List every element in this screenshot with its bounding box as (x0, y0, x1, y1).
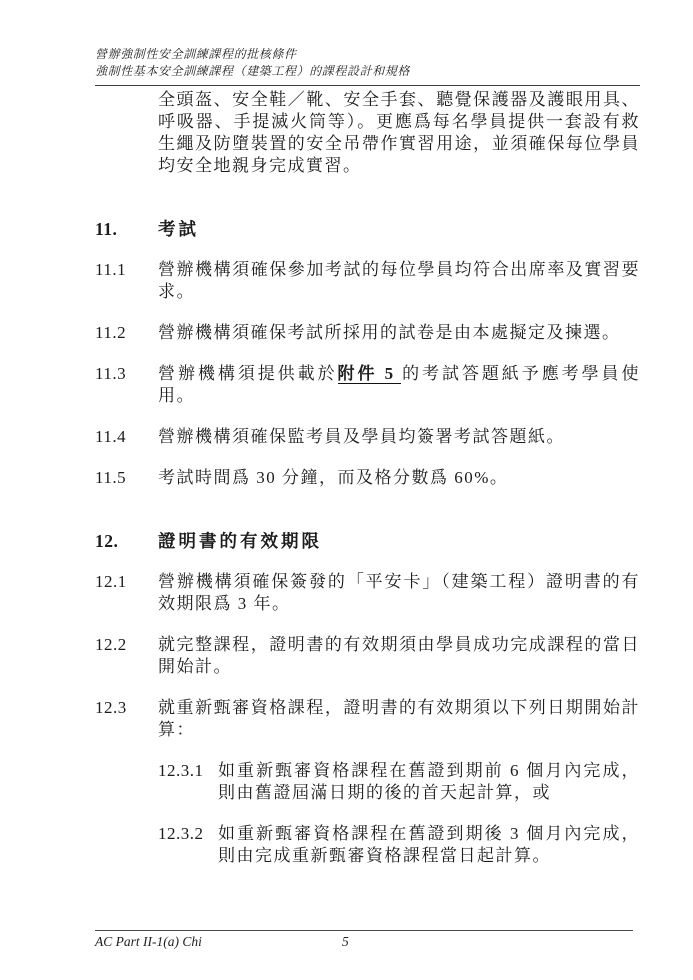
attachment-5-reference: 附件 5 (338, 364, 401, 384)
clause-11-1: 11.1 營辦機構須確保參加考試的每位學員均符合出席率及實習要求。 (95, 259, 640, 303)
header-line-1: 營辦強制性安全訓練課程的批核條件 (95, 46, 640, 63)
clause-12-3: 12.3 就重新甄審資格課程，證明書的有效期須以下列日期開始計算： (95, 697, 640, 741)
clause-11-5: 11.5 考試時間爲 30 分鐘，而及格分數爲 60%。 (95, 467, 640, 489)
section-number: 11. (95, 218, 158, 240)
page-footer: AC Part II-1(a) Chi 5 (95, 930, 633, 950)
section-12-heading: 12. 證明書的有效期限 (95, 530, 640, 552)
section-number: 12. (95, 530, 158, 552)
clause-12-1: 12.1 營辦機構須確保簽發的「平安卡」（建築工程）證明書的有效期限爲 3 年。 (95, 571, 640, 615)
clause-text: 就完整課程，證明書的有效期須由學員成功完成課程的當日開始計。 (158, 634, 640, 678)
clause-12-3-2: 12.3.2 如重新甄審資格課程在舊證到期後 3 個月內完成，則由完成重新甄審資… (158, 823, 640, 867)
section-title: 證明書的有效期限 (158, 530, 640, 552)
clause-text: 如重新甄審資格課程在舊證到期後 3 個月內完成，則由完成重新甄審資格課程當日起計… (218, 823, 640, 867)
section-title: 考試 (158, 218, 640, 240)
clause-text: 營辦機構須確保簽發的「平安卡」（建築工程）證明書的有效期限爲 3 年。 (158, 571, 640, 615)
clause-text: 如重新甄審資格課程在舊證到期前 6 個月內完成，則由舊證屆滿日期的後的首天起計算… (218, 760, 640, 804)
clause-11-4: 11.4 營辦機構須確保監考員及學員均簽署考試答題紙。 (95, 426, 640, 448)
clause-number: 12.2 (95, 634, 158, 678)
clause-number: 12.3 (95, 697, 158, 741)
clause-number: 12.3.2 (158, 823, 218, 867)
clause-12-3-1: 12.3.1 如重新甄審資格課程在舊證到期前 6 個月內完成，則由舊證屆滿日期的… (158, 760, 640, 804)
clause-text-before: 營辦機構須提供載於 (158, 364, 338, 383)
clause-number: 11.3 (95, 363, 158, 407)
clause-text: 考試時間爲 30 分鐘，而及格分數爲 60%。 (158, 467, 640, 489)
clause-text: 營辦機構須確保監考員及學員均簽署考試答題紙。 (158, 426, 640, 448)
clause-12-2: 12.2 就完整課程，證明書的有效期須由學員成功完成課程的當日開始計。 (95, 634, 640, 678)
clause-number: 11.2 (95, 322, 158, 344)
intro-paragraph: 全頭盔、安全鞋／靴、安全手套、聽覺保護器及護眼用具、呼吸器、手提滅火筒等）。更應… (158, 89, 640, 177)
clause-text: 營辦機構須確保考試所採用的試卷是由本處擬定及揀選。 (158, 322, 640, 344)
page-number: 5 (342, 934, 349, 950)
header-line-2: 強制性基本安全訓練課程（建築工程）的課程設計和規格 (95, 63, 640, 80)
clause-text: 營辦機構須提供載於附件 5的考試答題紙予應考學員使用。 (158, 363, 640, 407)
clause-number: 11.5 (95, 467, 158, 489)
page-header: 營辦強制性安全訓練課程的批核條件 強制性基本安全訓練課程（建築工程）的課程設計和… (95, 46, 640, 86)
clause-number: 12.3.1 (158, 760, 218, 804)
document-page: 營辦強制性安全訓練課程的批核條件 強制性基本安全訓練課程（建築工程）的課程設計和… (0, 0, 693, 980)
document-reference: AC Part II-1(a) Chi (95, 934, 202, 949)
clause-text: 就重新甄審資格課程，證明書的有效期須以下列日期開始計算： (158, 697, 640, 741)
clause-text: 營辦機構須確保參加考試的每位學員均符合出席率及實習要求。 (158, 259, 640, 303)
clause-number: 12.1 (95, 571, 158, 615)
clause-11-2: 11.2 營辦機構須確保考試所採用的試卷是由本處擬定及揀選。 (95, 322, 640, 344)
clause-number: 11.1 (95, 259, 158, 303)
clause-number: 11.4 (95, 426, 158, 448)
section-11-heading: 11. 考試 (95, 218, 640, 240)
clause-11-3: 11.3 營辦機構須提供載於附件 5的考試答題紙予應考學員使用。 (95, 363, 640, 407)
